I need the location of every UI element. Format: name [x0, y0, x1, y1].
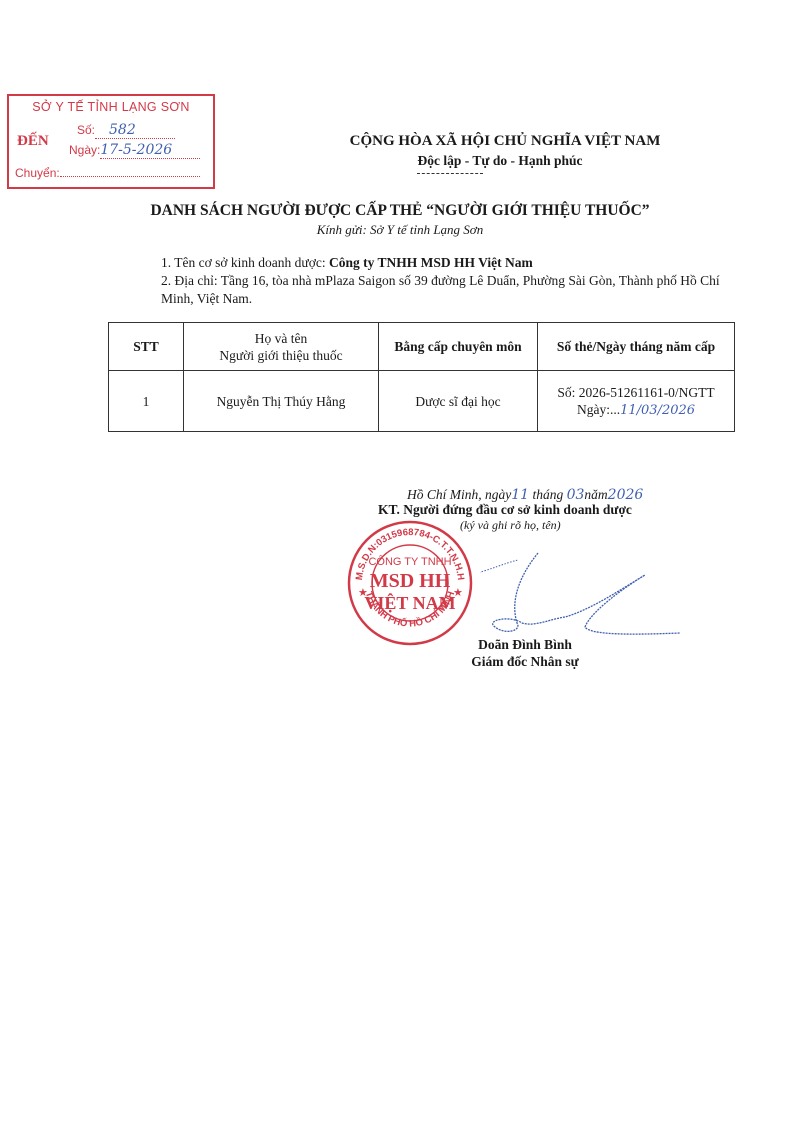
motto: Độc lập - Tự do - Hạnh phúc — [0, 152, 800, 170]
stamp-organization: SỞ Y TẾ TỈNH LẠNG SƠN — [9, 100, 213, 114]
stamp-chuyen-field — [60, 176, 200, 177]
nation-header: CỘNG HÒA XÃ HỘI CHỦ NGHĨA VIỆT NAM — [0, 132, 800, 150]
place-prefix: Hồ Chí Minh, ngày — [407, 487, 511, 502]
addressee: Kính gửi: Sở Y tế tỉnh Lạng Sơn — [0, 222, 800, 238]
company-seal: M.S.D.N:0315968784-C.T.T.N.H.H THÀNH PHỐ… — [345, 518, 475, 648]
sign-month: 03 — [567, 487, 585, 503]
address-label: 2. Địa chỉ: — [161, 273, 221, 288]
month-label: tháng — [532, 487, 563, 502]
nation-name: CỘNG HÒA XÃ HỘI CHỦ NGHĨA VIỆT NAM — [350, 133, 661, 150]
header-card: Số thẻ/Ngày tháng năm cấp — [538, 323, 735, 371]
business-name: Công ty TNHH MSD HH Việt Nam — [329, 255, 533, 270]
signer-name: Doãn Đình Bình — [460, 637, 590, 653]
seal-line3: VIỆT NAM — [345, 593, 475, 614]
table-row: 1 Nguyễn Thị Thúy Hằng Dược sĩ đại học S… — [109, 371, 735, 432]
card-date-handwritten: 11/03/2026 — [620, 403, 695, 418]
header-name-line1: Họ và tên — [188, 330, 374, 347]
signer-role: KT. Người đứng đầu cơ sở kinh doanh dược — [378, 502, 632, 518]
card-number: Số: 2026-51261161-0/NGTT — [542, 384, 730, 401]
sign-day: 11 — [511, 487, 529, 503]
header-name: Họ và tên Người giới thiệu thuốc — [184, 323, 379, 371]
card-date-label: Ngày:... — [577, 402, 620, 417]
seal-line2: MSD HH — [345, 570, 475, 593]
header-divider — [417, 173, 483, 174]
signature-note: (ký và ghi rõ họ, tên) — [460, 518, 561, 533]
year-label: năm — [584, 487, 607, 502]
business-info: 1. Tên cơ sở kinh doanh dược: Công ty TN… — [161, 254, 721, 272]
cell-name: Nguyễn Thị Thúy Hằng — [184, 371, 379, 432]
address-info: 2. Địa chỉ: Tầng 16, tòa nhà mPlaza Saig… — [161, 272, 721, 308]
place-date: Hồ Chí Minh, ngày11 tháng 03năm2026 — [407, 487, 643, 503]
cell-stt: 1 — [109, 371, 184, 432]
sign-year: 2026 — [608, 487, 644, 503]
cell-card: Số: 2026-51261161-0/NGTT Ngày:...11/03/2… — [538, 371, 735, 432]
cell-degree: Dược sĩ đại học — [379, 371, 538, 432]
representative-table: STT Họ và tên Người giới thiệu thuốc Bằn… — [108, 322, 735, 432]
handwritten-signature-icon — [480, 545, 680, 635]
motto-text: Độc lập - Tự do - Hạnh phúc — [380, 153, 620, 169]
header-degree: Bằng cấp chuyên môn — [379, 323, 538, 371]
seal-line1: CÔNG TY TNHH — [345, 556, 475, 568]
card-date: Ngày:...11/03/2026 — [542, 401, 730, 419]
header-name-line2: Người giới thiệu thuốc — [188, 347, 374, 364]
signer-title: Giám đốc Nhân sự — [445, 654, 605, 670]
business-label: 1. Tên cơ sở kinh doanh dược: — [161, 255, 329, 270]
document-title: DANH SÁCH NGƯỜI ĐƯỢC CẤP THẺ “NGƯỜI GIỚI… — [0, 202, 800, 220]
address-value: Tầng 16, tòa nhà mPlaza Saigon số 39 đườ… — [161, 273, 720, 306]
header-stt: STT — [109, 323, 184, 371]
table-header-row: STT Họ và tên Người giới thiệu thuốc Bằn… — [109, 323, 735, 371]
